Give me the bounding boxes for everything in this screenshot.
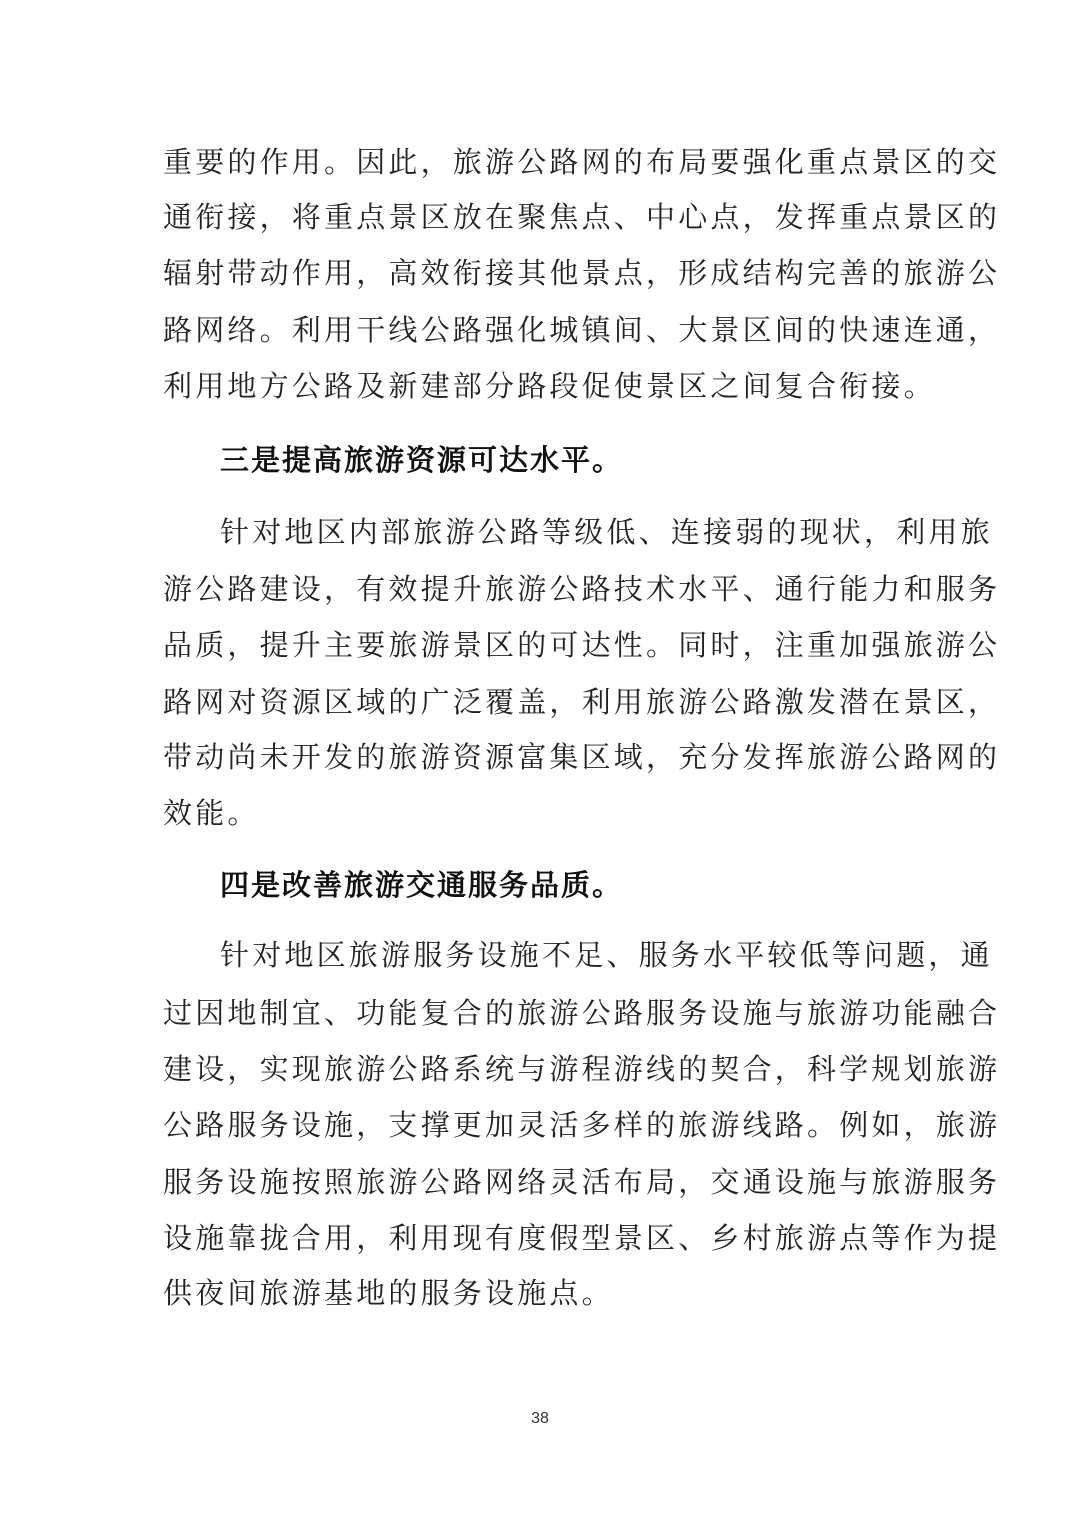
text-line: 通衔接，将重点景区放在聚焦点、中心点，发挥重点景区的 [163,197,915,237]
text-line: 游公路建设，有效提升旅游公路技术水平、通行能力和服务 [163,569,915,609]
text-line: 效能。 [163,793,915,833]
text-line: 公路服务设施，支撑更加灵活多样的旅游线路。例如，旅游 [163,1105,915,1145]
text-line: 路网络。利用干线公路强化城镇间、大景区间的快速连通， [163,310,915,350]
section-heading: 四是改善旅游交通服务品质。 [220,865,623,905]
document-page: 重要的作用。因此，旅游公路网的布局要强化重点景区的交 通衔接，将重点景区放在聚焦… [0,0,1080,1528]
text-line: 过因地制宜、功能复合的旅游公路服务设施与旅游功能融合 [163,993,915,1033]
text-line: 供夜间旅游基地的服务设施点。 [163,1273,915,1313]
text-line: 路网对资源区域的广泛覆盖，利用旅游公路激发潜在景区， [163,682,915,722]
text-line: 带动尚未开发的旅游资源富集区域，充分发挥旅游公路网的 [163,737,915,777]
text-line: 辐射带动作用，高效衔接其他景点，形成结构完善的旅游公 [163,253,915,293]
text-line: 服务设施按照旅游公路网络灵活布局，交通设施与旅游服务 [163,1162,915,1202]
text-line: 利用地方公路及新建部分路段促使景区之间复合衔接。 [163,366,915,406]
text-line: 品质，提升主要旅游景区的可达性。同时，注重加强旅游公 [163,625,915,665]
text-line: 针对地区内部旅游公路等级低、连接弱的现状，利用旅 [220,512,915,552]
section-heading: 三是提高旅游资源可达水平。 [220,440,623,480]
text-line: 建设，实现旅游公路系统与游程游线的契合，科学规划旅游 [163,1049,915,1089]
text-line: 重要的作用。因此，旅游公路网的布局要强化重点景区的交 [163,142,915,182]
text-line: 针对地区旅游服务设施不足、服务水平较低等问题，通 [220,935,915,975]
text-line: 设施靠拢合用，利用现有度假型景区、乡村旅游点等作为提 [163,1218,915,1258]
page-number: 38 [0,1410,1080,1428]
